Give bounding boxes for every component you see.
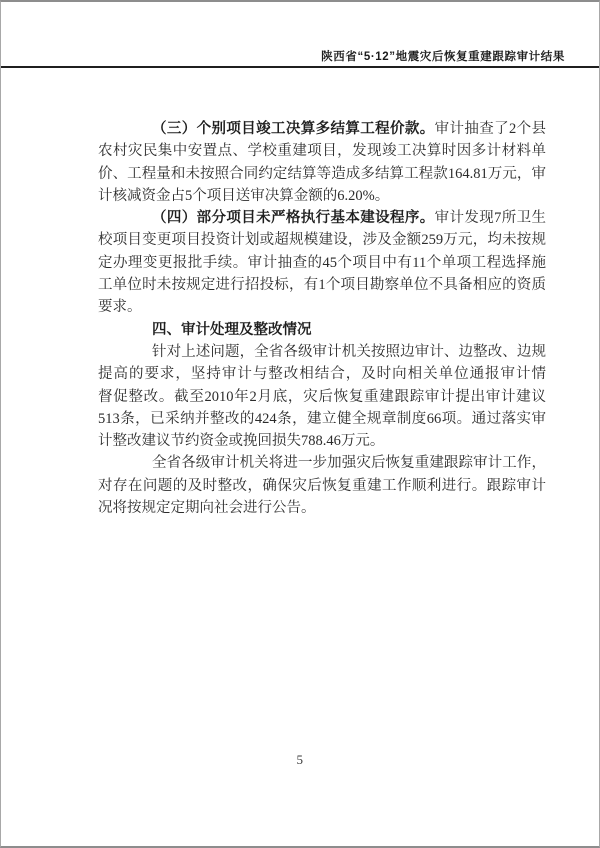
page-content: （三）个别项目竣工决算多结算工程价款。审计抽查了2个县的5个 农村灾民集中安置点… (98, 118, 546, 519)
paragraph-line: 计核减资金占5个项目送审决算金额的6.20%。 (98, 185, 546, 207)
paragraph-line: 定办理变更报批手续。审计抽查的45个项目中有11个单项工程选择施 (98, 252, 546, 274)
paragraph-line: （四）部分项目未严格执行基本建设程序。审计发现7所卫生院、学 (98, 207, 546, 229)
paragraph-line: 对存在问题的及时整改，确保灾后恢复重建工作顺利进行。跟踪审计情 (98, 475, 546, 497)
running-header-title: 陕西省“5·12”地震灾后恢复重建跟踪审计结果 (321, 51, 565, 63)
paragraph-5: 针对上述问题，全省各级审计机关按照边审计、边整改、边规范、边 提高的要求，坚持审… (98, 341, 546, 452)
paragraph-line: 计整改建议节约资金或挽回损失788.46万元。 (98, 430, 546, 452)
paragraph-line: 针对上述问题，全省各级审计机关按照边审计、边整改、边规范、边 (98, 341, 546, 363)
section-heading: 四、审计处理及整改情况 (98, 319, 546, 341)
header-rule (1, 66, 599, 68)
paragraph-6: 全省各级审计机关将进一步加强灾后恢复重建跟踪审计工作，督促 对存在问题的及时整改… (98, 452, 546, 519)
paragraph-line: （三）个别项目竣工决算多结算工程价款。审计抽查了2个县的5个 (98, 118, 546, 140)
paragraph-line: 全省各级审计机关将进一步加强灾后恢复重建跟踪审计工作，督促 (98, 452, 546, 474)
paragraph-line: 校项目变更项目投资计划或超规模建设，涉及金额259万元，均未按规 (98, 229, 546, 251)
paragraph-line: 农村灾民集中安置点、学校重建项目，发现竣工决算时因多计材料单 (98, 140, 546, 162)
paragraph-line: 督促整改。截至2010年2月底，灾后恢复重建跟踪审计提出审计建议 (98, 386, 546, 408)
page-number: 5 (1, 752, 599, 768)
paragraph-lead: （四）部分项目未严格执行基本建设程序。 (152, 210, 435, 226)
paragraph-lead: （三）个别项目竣工决算多结算工程价款。 (152, 121, 435, 137)
paragraph-line: 要求。 (98, 296, 546, 318)
paragraph-line: 况将按规定定期向社会进行公告。 (98, 497, 546, 519)
paragraph-line: 工单位时未按规定进行招投标，有1个项目勘察单位不具备相应的资质 (98, 274, 546, 296)
document-page: 陕西省“5·12”地震灾后恢复重建跟踪审计结果 （三）个别项目竣工决算多结算工程… (0, 0, 600, 848)
paragraph-line: 提高的要求，坚持审计与整改相结合，及时向相关单位通报审计情况， (98, 363, 546, 385)
paragraph-4: （四）部分项目未严格执行基本建设程序。审计发现7所卫生院、学 校项目变更项目投资… (98, 207, 546, 318)
paragraph-line: 513条，已采纳并整改的424条，建立健全规章制度66项。通过落实审 (98, 408, 546, 430)
running-header: 陕西省“5·12”地震灾后恢复重建跟踪审计结果 (321, 48, 565, 64)
paragraph-line: 价、工程量和未按照合同约定结算等造成多结算工程款164.81万元，审 (98, 163, 546, 185)
paragraph-3: （三）个别项目竣工决算多结算工程价款。审计抽查了2个县的5个 农村灾民集中安置点… (98, 118, 546, 207)
